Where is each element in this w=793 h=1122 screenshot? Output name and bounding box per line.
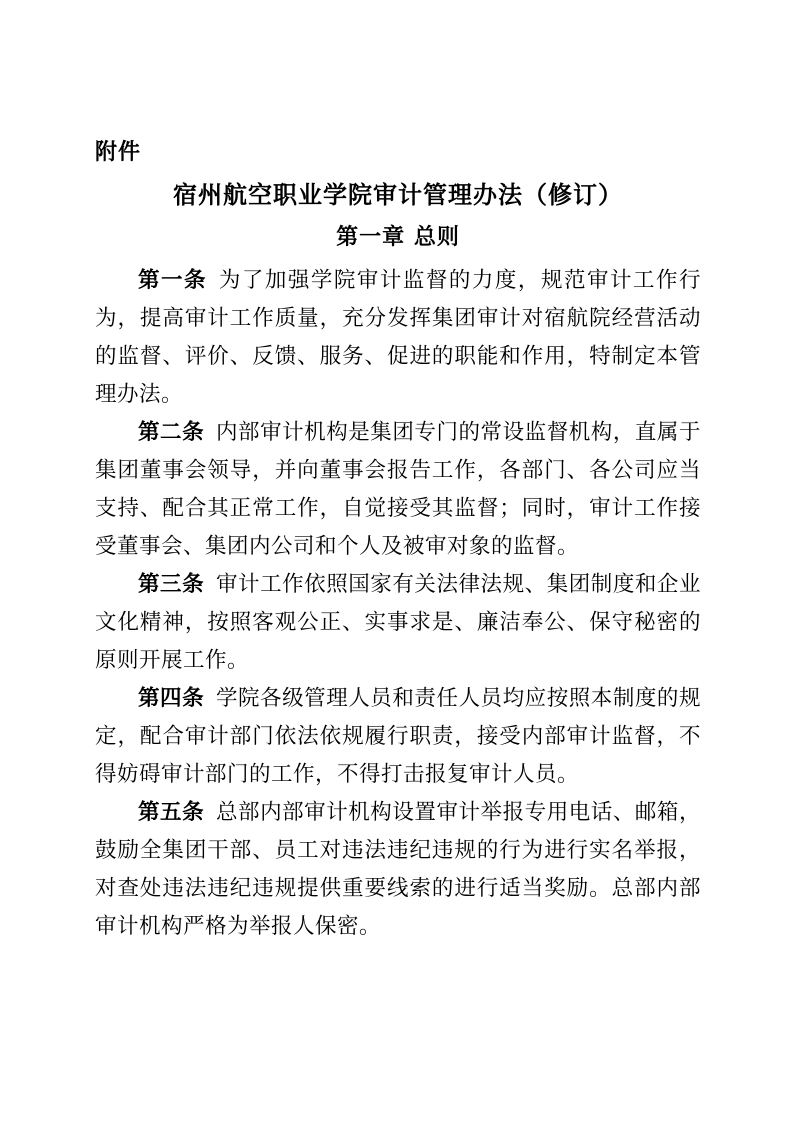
article-number: 第五条 xyxy=(138,800,204,825)
article-paragraph-4: 第四条学院各级管理人员和责任人员均应按照本制度的规定，配合审计部门依法依规履行职… xyxy=(95,680,701,794)
article-paragraph-3: 第三条审计工作依照国家有关法律法规、集团制度和企业文化精神，按照客观公正、实事求… xyxy=(95,566,701,680)
article-paragraph-5: 第五条总部内部审计机构设置审计举报专用电话、邮箱，鼓励全集团干部、员工对违法违纪… xyxy=(95,794,701,946)
article-list: 第一条为了加强学院审计监督的力度，规范审计工作行为，提高审计工作质量，充分发挥集… xyxy=(95,262,701,946)
document-title: 宿州航空职业学院审计管理办法（修订） xyxy=(95,180,701,210)
article-number: 第三条 xyxy=(138,572,204,597)
document-page: 附件 宿州航空职业学院审计管理办法（修订） 第一章 总则 第一条为了加强学院审计… xyxy=(0,0,793,1122)
article-number: 第一条 xyxy=(138,268,207,293)
article-paragraph-1: 第一条为了加强学院审计监督的力度，规范审计工作行为，提高审计工作质量，充分发挥集… xyxy=(95,262,701,414)
article-number: 第四条 xyxy=(138,686,204,711)
chapter-heading: 第一章 总则 xyxy=(95,224,701,252)
attachment-label: 附件 xyxy=(95,139,701,167)
article-paragraph-2: 第二条内部审计机构是集团专门的常设监督机构，直属于集团董事会领导，并向董事会报告… xyxy=(95,414,701,566)
document-content: 附件 宿州航空职业学院审计管理办法（修订） 第一章 总则 第一条为了加强学院审计… xyxy=(95,139,701,946)
article-number: 第二条 xyxy=(138,420,204,445)
